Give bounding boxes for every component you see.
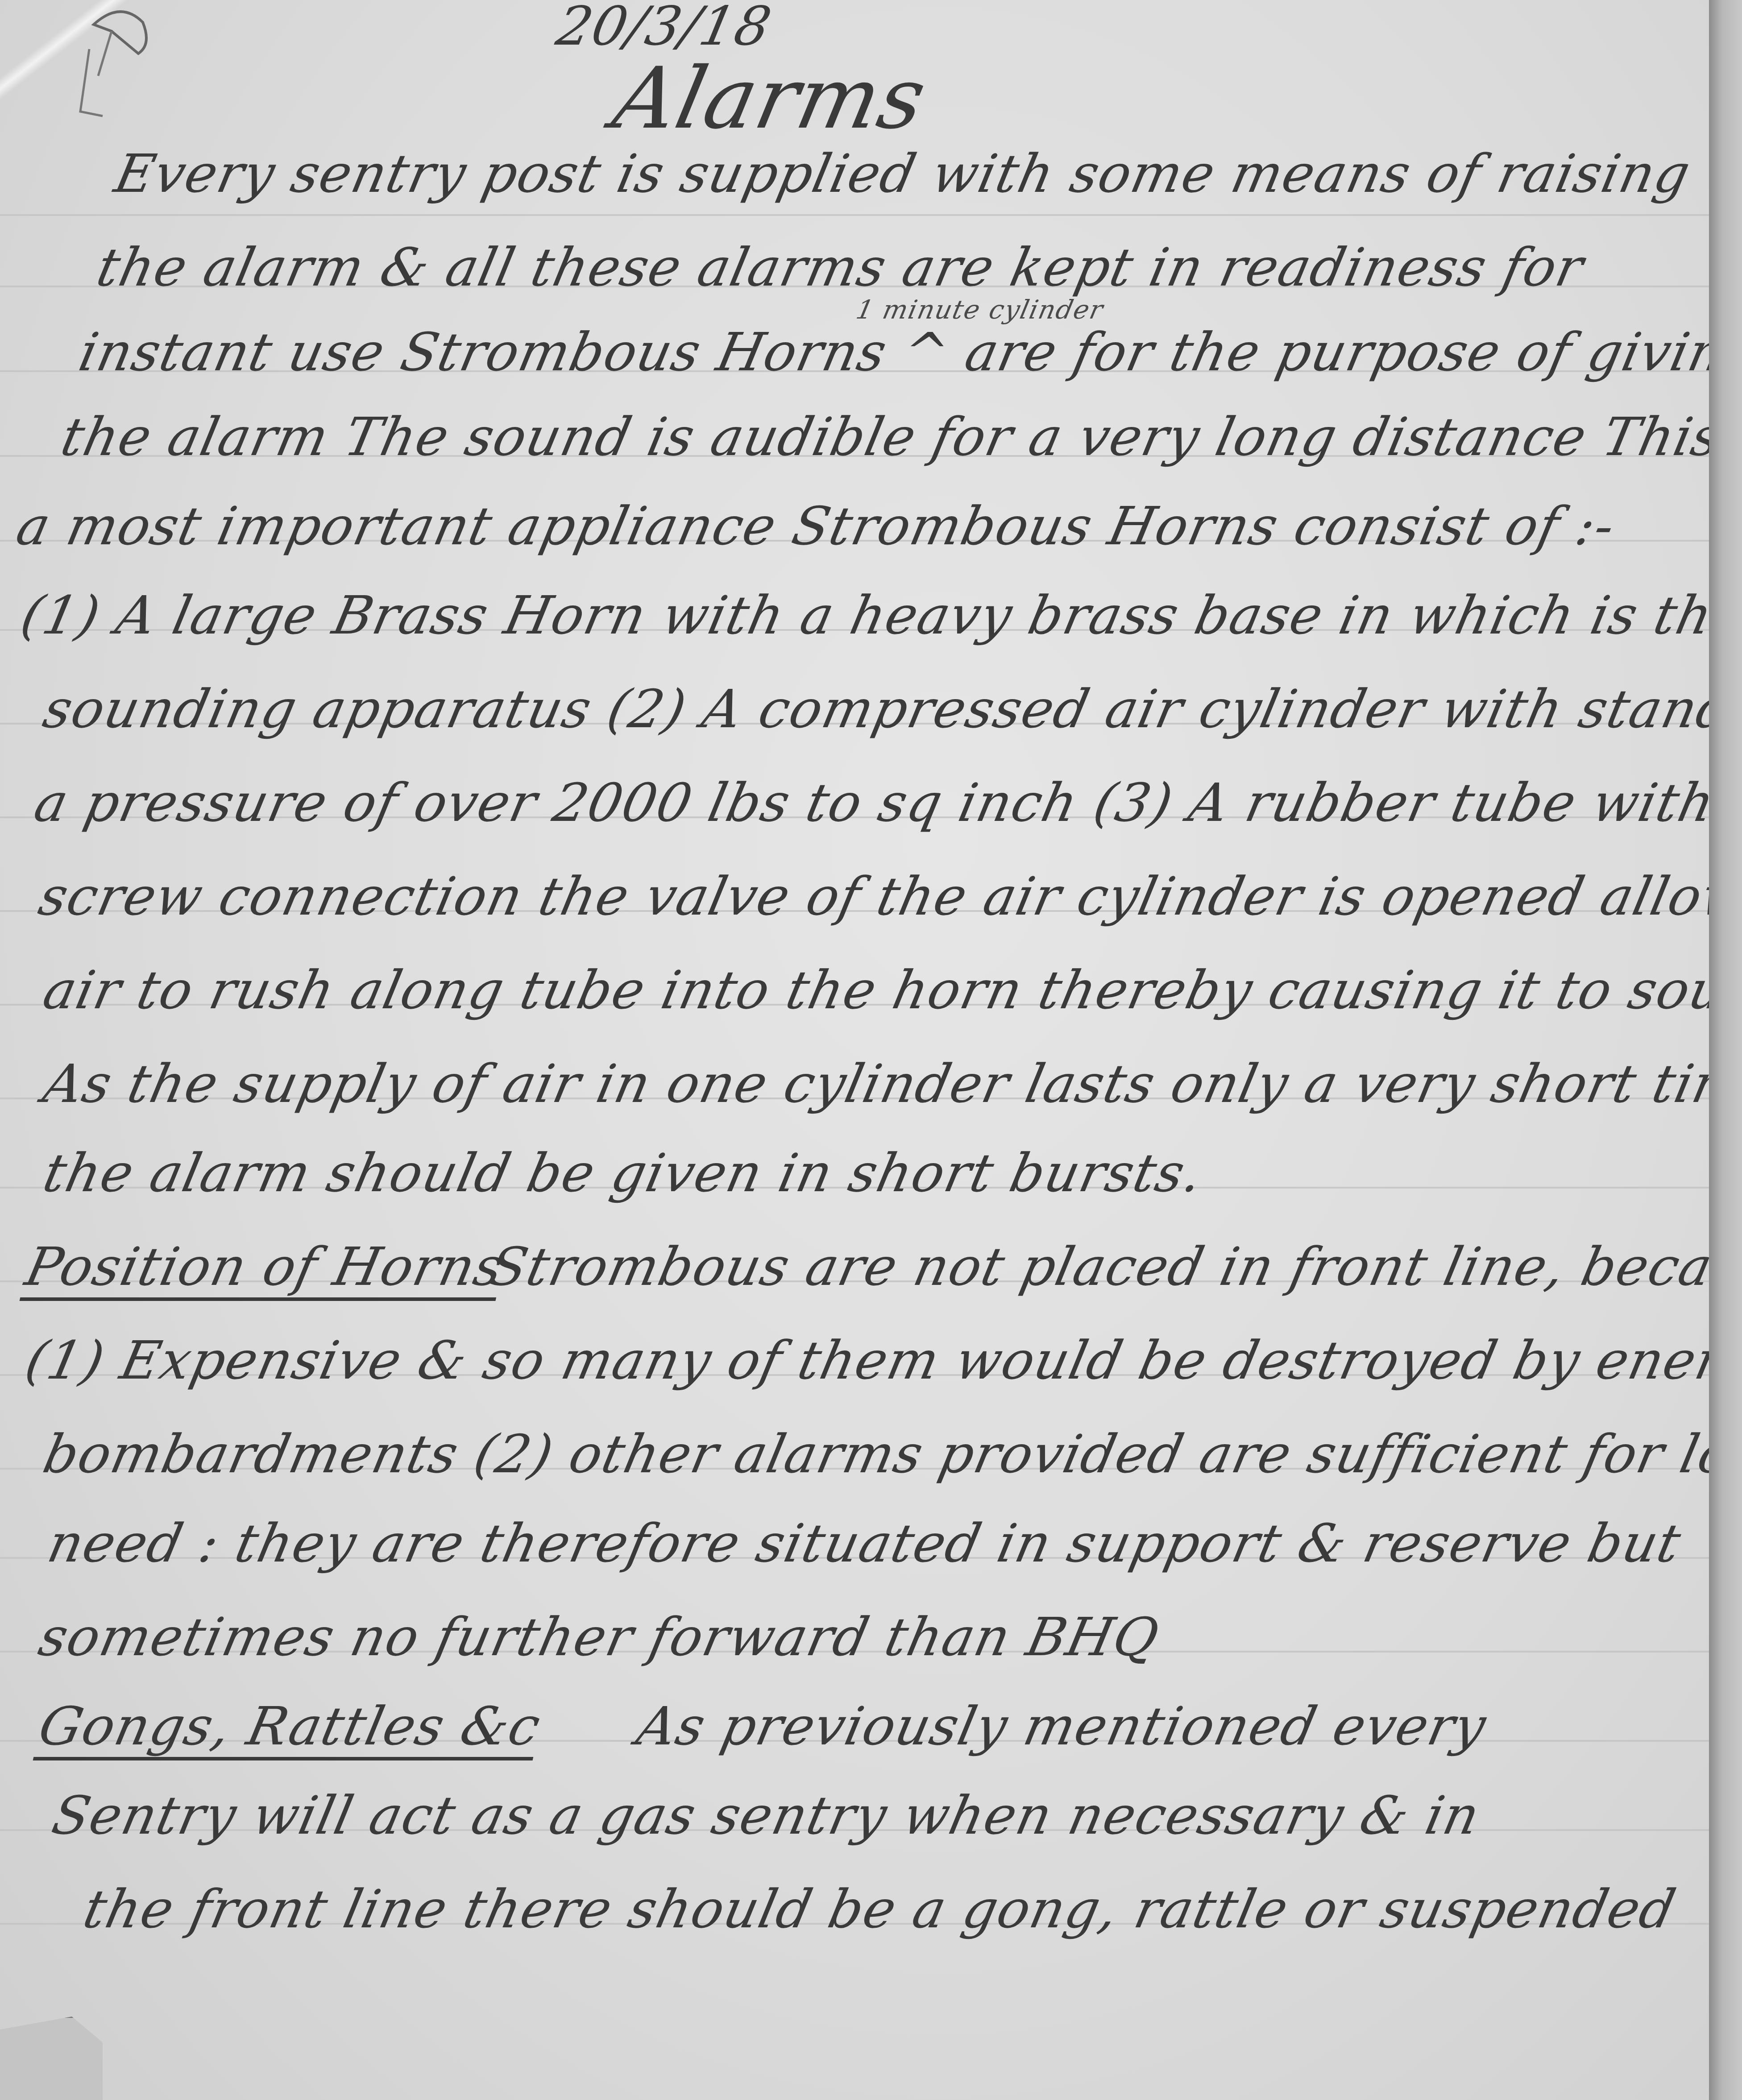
section-heading-gongs: Gongs, Rattles &c: [34, 1700, 545, 1752]
text-line: need : they are therefore situated in su…: [43, 1517, 1686, 1570]
text-line: bombardments (2) other alarms provided a…: [39, 1428, 1709, 1480]
text-line: As the supply of air in one cylinder las…: [39, 1057, 1709, 1110]
text-line: a pressure of over 2000 lbs to sq inch (…: [30, 776, 1709, 829]
text-line: the alarm The sound is audible for a ver…: [57, 410, 1709, 463]
notebook-page: 20/3/18 Alarms 1 minute cylinder Every s…: [0, 0, 1709, 2100]
text-line: the alarm & all these alarms are kept in…: [92, 241, 1589, 294]
corner-doodle-icon: [67, 4, 174, 138]
page-title: Alarms: [606, 49, 935, 148]
text-line: (1) Expensive & so many of them would be…: [21, 1334, 1709, 1387]
text-line: sounding apparatus (2) A compressed air …: [39, 683, 1709, 735]
paper-crease: [0, 0, 414, 162]
text-line: Sentry will act as a gas sentry when nec…: [48, 1789, 1485, 1842]
rule-line: [0, 214, 1709, 216]
text-line: Every sentry post is supplied with some …: [110, 147, 1695, 200]
text-line: a most important appliance Strombous Hor…: [12, 500, 1620, 552]
text-line: instant use Strombous Horns ^ are for th…: [75, 326, 1709, 378]
text-line: Strombous are not placed in front line, …: [485, 1240, 1709, 1293]
section-heading-position: Position of Horns: [21, 1240, 508, 1293]
text-line: sometimes no further forward than BHQ: [34, 1611, 1164, 1663]
text-line: screw connection the valve of the air cy…: [34, 870, 1709, 923]
text-line: the alarm should be given in short burst…: [39, 1147, 1207, 1199]
text-line: As previously mentioned every: [632, 1700, 1491, 1752]
folded-page-corner: [0, 2017, 103, 2100]
text-line: the front line there should be a gong, r…: [79, 1883, 1680, 1935]
text-line: (1) A large Brass Horn with a heavy bras…: [17, 589, 1709, 642]
margin-insertion: 1 minute cylinder: [854, 294, 1107, 325]
adjacent-page-edge: [1709, 0, 1742, 2100]
text-line: air to rush along tube into the horn the…: [39, 964, 1709, 1016]
